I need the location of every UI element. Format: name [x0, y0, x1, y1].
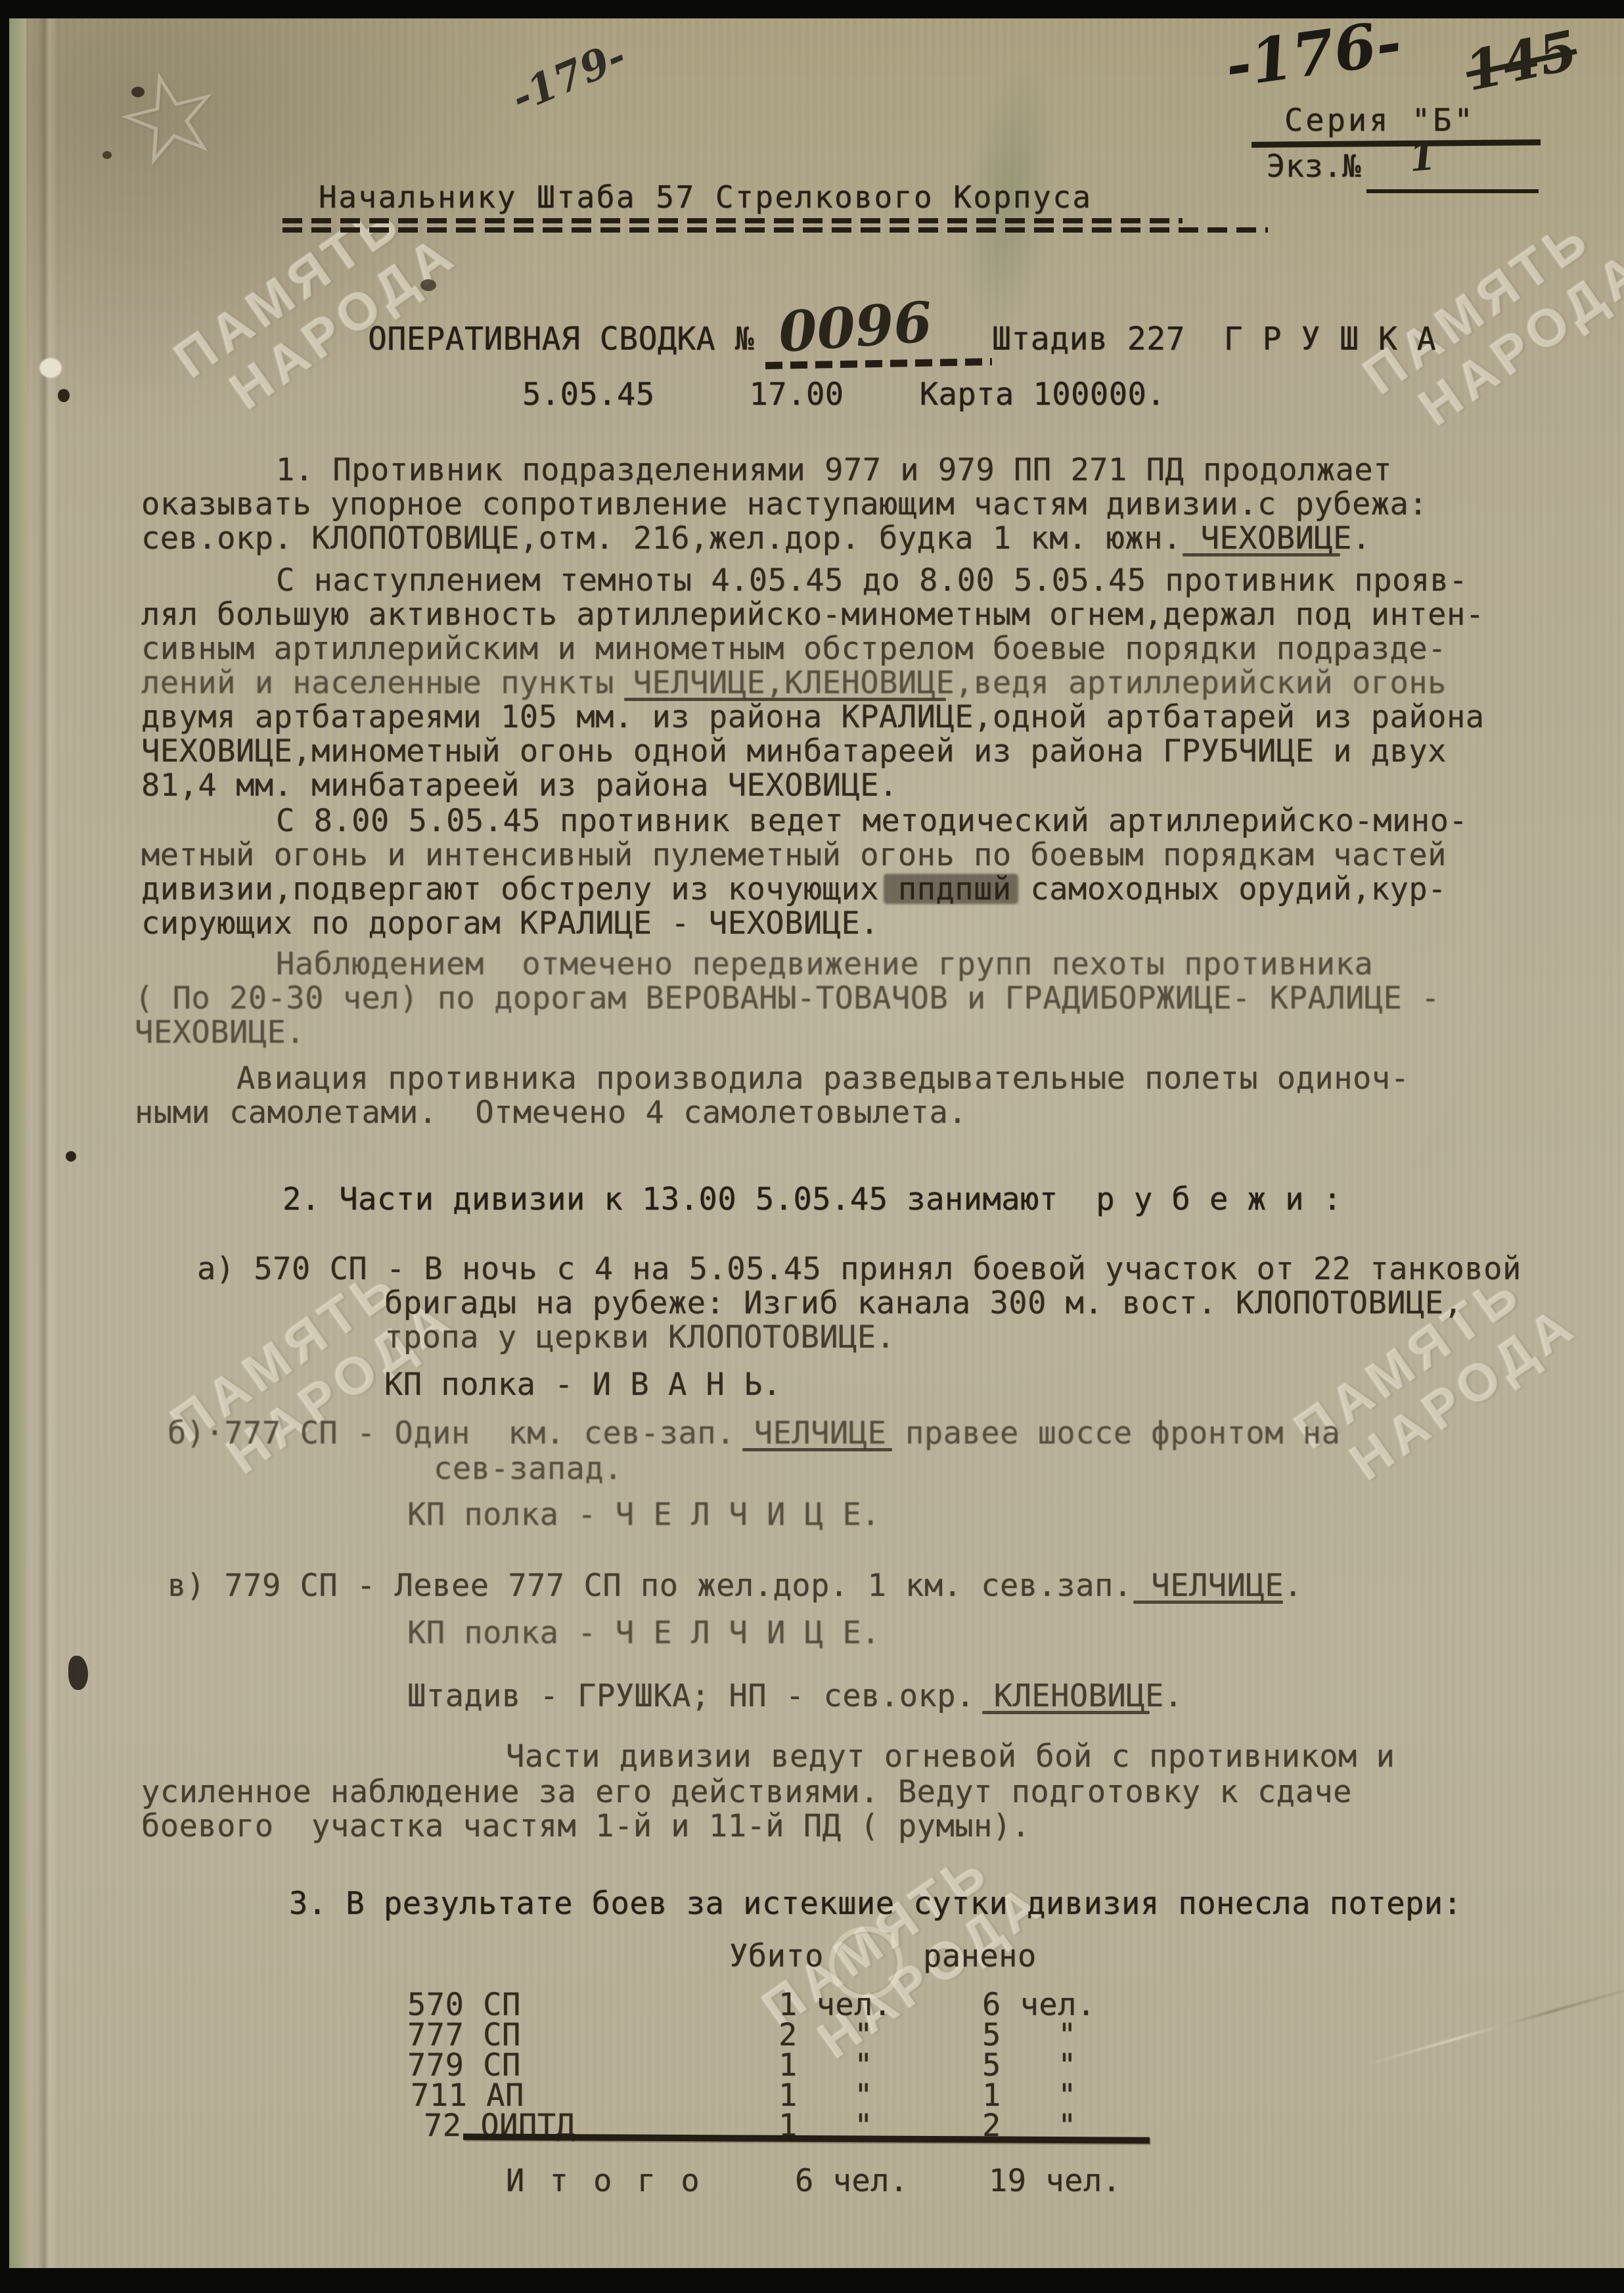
addressee-dashed-rule-2 [282, 227, 1268, 233]
typed-line: усиленное наблюдение за его действиями. … [141, 1775, 1352, 1809]
typed-line: тропа у церкви КЛОПОТОВИЦЕ. [384, 1321, 895, 1355]
paper-speck [66, 1151, 76, 1162]
typed-line: ЧЕХОВИЦЕ,минометный огонь одной минбатар… [141, 735, 1447, 769]
addressee-line: Начальнику Штаба 57 Стрелкового Корпуса [319, 180, 1093, 214]
scanned-document-page: ☆ ПАМЯТЬНАРОДА ПАМЯТЬНАРОДА ПАМЯТЬНАРОДА… [0, 0, 1624, 2293]
typed-line: ЧЕХОВИЦЕ. [135, 1016, 305, 1050]
paper-hole [39, 358, 62, 378]
place-name-underline [1183, 553, 1340, 556]
typed-line: лений и населенные пункты ЧЕЛЧИЦЕ,КЛЕНОВ… [141, 666, 1447, 700]
paper-fold-crease [37, 18, 56, 2268]
typed-line: С наступлением темноты 4.05.45 до 8.00 5… [276, 564, 1468, 598]
typed-line: бригады на рубеже: Изгиб канала 300 м. в… [384, 1286, 1462, 1321]
report-title-prefix: ОПЕРАТИВНАЯ СВОДКА № [368, 322, 754, 356]
paper-speck [58, 389, 70, 402]
copy-underline [1366, 189, 1539, 193]
copy-label: Экз.№ [1267, 150, 1361, 184]
typed-line: С 8.00 5.05.45 противник ведет методичес… [276, 804, 1468, 838]
place-name-underline [982, 1711, 1150, 1714]
typed-line: сев-запад. [434, 1452, 623, 1486]
section-2-heading: 2. Части дивизии к 13.00 5.05.45 занимаю… [282, 1183, 1342, 1217]
kp-line: КП полка - Ч Е Л Ч И Ц Е. [407, 1498, 880, 1532]
scan-edge-bottom [0, 2268, 1624, 2293]
addressee-dashed-rule-1 [282, 218, 1183, 223]
paper-speck [102, 151, 112, 159]
losses-column-killed: Убито [729, 1940, 824, 1974]
kp-line: КП полка - И В А Н Ь. [384, 1368, 782, 1402]
losses-total-label: И т о г о [506, 2164, 703, 2198]
scan-edge-left [0, 0, 9, 2293]
typed-line: дивизии,подвергают обстрелу из кочующих … [141, 873, 1447, 907]
typed-line: а) 570 СП - В ночь с 4 на 5.05.45 принял… [197, 1252, 1522, 1286]
place-name-underline [1133, 1601, 1283, 1604]
losses-column-wounded: ранено [923, 1940, 1037, 1974]
overtyped-word-smudge [884, 874, 1018, 904]
typed-line: ными самолетами. Отмечено 4 самолетовыле… [135, 1096, 967, 1130]
kp-line: КП полка - Ч Е Л Ч И Ц Е. [407, 1616, 880, 1650]
report-title-suffix: Штадив 227 Г Р У Ш К А [992, 322, 1436, 356]
section-3-heading: 3. В результате боев за истекшие сутки д… [289, 1887, 1462, 1921]
typed-line: двумя артбатареями 105 мм. из района КРА… [141, 700, 1485, 735]
typed-line: сивным артиллерийским и минометным обстр… [141, 632, 1447, 666]
typed-line: сирующих по дорогам КРАЛИЦЕ - ЧЕХОВИЦЕ. [141, 907, 879, 941]
paper-left-edge [9, 18, 26, 2268]
typed-line: боевого участка частям 1-й и 11-й ПД ( р… [141, 1809, 1030, 1844]
losses-total-wounded: 19 чел. [989, 2164, 1121, 2198]
series-label: Серия "Б" [1284, 104, 1476, 138]
typed-line: Авиация противника производила разведыва… [237, 1062, 1409, 1096]
place-name-underline [742, 1448, 892, 1451]
handwritten-report-number: 0096 [777, 289, 934, 365]
typed-line: оказывать упорное сопротивление наступаю… [141, 488, 1428, 522]
handwritten-copy-number: 1 [1407, 133, 1437, 180]
typed-line: Части дивизии ведут огневой бой с против… [506, 1740, 1395, 1774]
shtadiv-line: Штадив - ГРУШКА; НП - сев.окр. КЛЕНОВИЦЕ… [407, 1679, 1183, 1714]
typed-line: сев.окр. КЛОПОТОВИЦЕ,отм. 216,жел.дор. б… [141, 522, 1371, 556]
paper-speck [420, 279, 436, 291]
typed-line: б)·777 СП - Один км. сев-зап. ЧЕЛЧИЦЕ пр… [168, 1417, 1340, 1451]
typed-line: Наблюдением отмечено передвижение групп … [276, 947, 1373, 982]
dateline: 5.05.45 17.00 Карта 100000. [522, 378, 1165, 412]
typed-line: ( По 20-30 чел) по дорогам ВЕРОВАНЫ-ТОВА… [135, 982, 1440, 1016]
paper-speck [131, 87, 145, 97]
typed-line: 1. Противник подразделениями 977 и 979 П… [276, 453, 1392, 488]
typed-line: метный огонь и интенсивный пулеметный ог… [141, 838, 1447, 873]
typed-line: 81,4 мм. минбатареей из района ЧЕХОВИЦЕ. [141, 769, 898, 803]
typed-line: лял большую активность артиллерийско-мин… [141, 598, 1485, 632]
losses-total-killed: 6 чел. [795, 2164, 909, 2198]
typed-line: в) 779 СП - Левее 777 СП по жел.дор. 1 к… [168, 1569, 1303, 1603]
